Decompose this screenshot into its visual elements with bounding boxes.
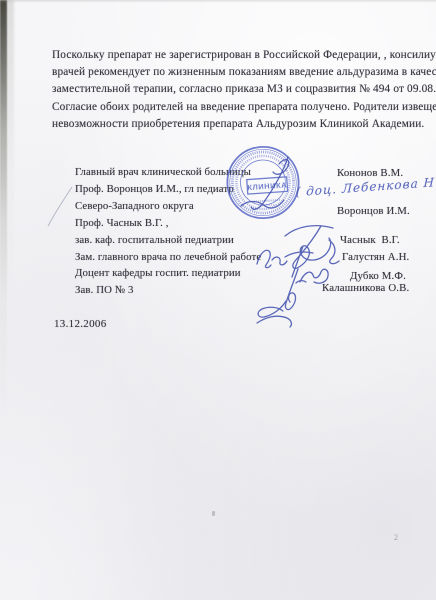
scan-top-shadow bbox=[0, 0, 436, 3]
paragraph-line: Согласие обоих родителей на введение пре… bbox=[52, 99, 412, 116]
signatory-title-line: Зав. ПО № 3 bbox=[75, 282, 355, 299]
margin-slash-mark bbox=[48, 187, 72, 226]
paragraph-line: заместительной терапии, согласно приказа… bbox=[52, 81, 412, 98]
signatory-name: Часнык В.Г. bbox=[340, 234, 400, 246]
signatory-title-line: зав. каф. госпитальной педиатрии bbox=[75, 232, 355, 249]
scan-edge-shadow-soft bbox=[6, 0, 14, 300]
signatory-title-line: Северо-Западного округа bbox=[75, 198, 355, 215]
signatory-name: Дубко М.Ф. bbox=[350, 270, 406, 282]
signatory-title-line: Зам. главного врача по лечебной работе bbox=[75, 249, 355, 266]
paragraph-line: Поскольку препарат не зарегистрирован в … bbox=[52, 47, 412, 64]
paragraph-line: невозможности приобретения препарата Аль… bbox=[52, 116, 412, 133]
document-date: 13.12.2006 bbox=[54, 318, 107, 330]
signatory-name: Воронцов И.М. bbox=[337, 205, 410, 217]
signatory-name: Калашникова О.В. bbox=[322, 282, 409, 294]
paragraph-line: врачей рекомендует по жизненным показани… bbox=[52, 64, 412, 81]
clinic-round-stamp: КЛИНИКА bbox=[222, 141, 306, 225]
signatory-title-line: Доцент кафедры госпит. педиатрии bbox=[75, 265, 355, 282]
signatory-title-line: Проф. Часнык В.Г. , bbox=[75, 215, 355, 232]
scan-speck bbox=[212, 511, 215, 516]
page-number: 2 bbox=[394, 533, 398, 542]
scanned-document-page: Поскольку препарат не зарегистрирован в … bbox=[0, 0, 436, 600]
consilium-paragraph: Поскольку препарат не зарегистрирован в … bbox=[52, 47, 412, 133]
signatory-name: Галустян А.Н. bbox=[342, 251, 409, 263]
signatory-title-line: Главный врач клинической больницы bbox=[75, 164, 355, 181]
